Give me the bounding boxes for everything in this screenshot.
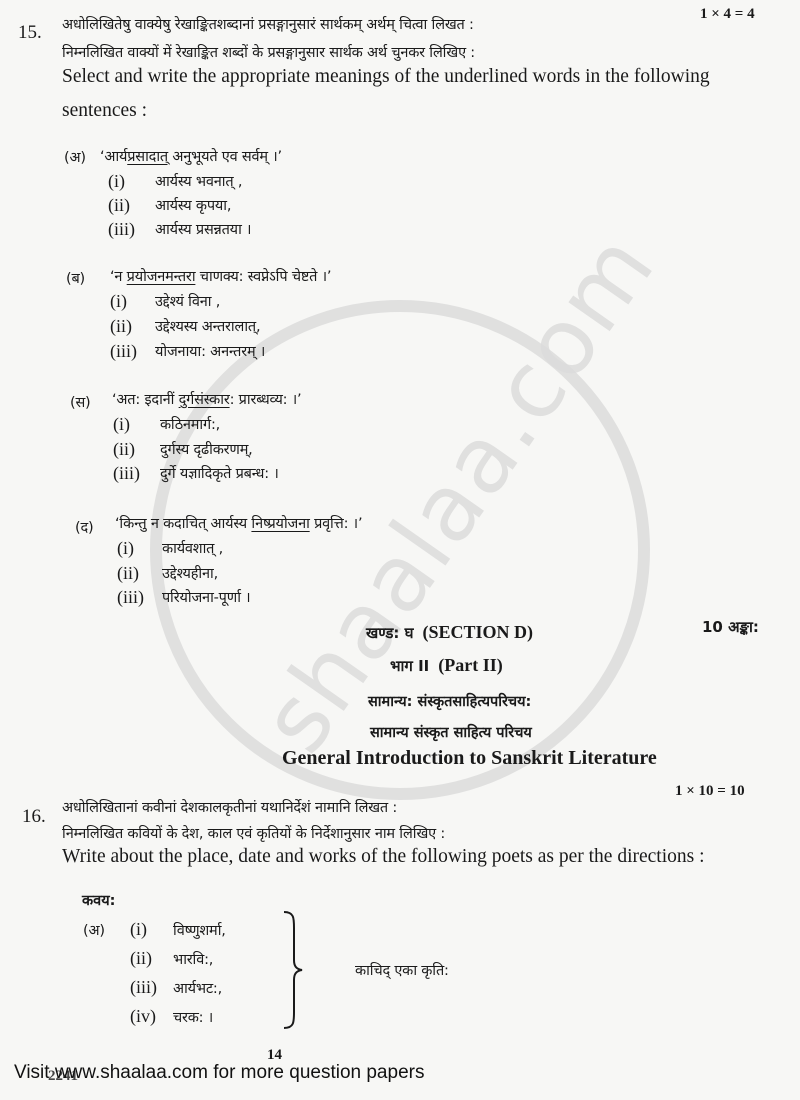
option-number: (i) — [113, 414, 130, 435]
option-text: दुर्गे यज्ञादिकृते प्रबन्ध: । — [160, 463, 279, 483]
section-d-subtitle-sanskrit: सामान्य: संस्कृतसाहित्यपरिचय: — [368, 691, 531, 711]
underlined-word: प्रसादात् — [127, 149, 168, 165]
option-text: उद्देश्यं विना , — [155, 291, 220, 311]
poet-name: चरक: । — [173, 1007, 213, 1027]
option-number: (iii) — [113, 463, 140, 484]
poet-number: (i) — [130, 919, 147, 940]
option-number: (iii) — [110, 341, 137, 362]
option-text: कठिनमार्ग:, — [160, 414, 220, 434]
option-number: (i) — [110, 291, 127, 312]
part-sentence: ‘आर्यप्रसादात् अनुभूयते एव सर्वम् ।’ — [100, 146, 282, 166]
question-15-number: 15. — [18, 22, 42, 44]
question-15-instruction-sanskrit: अधोलिखितेषु वाक्येषु रेखाङ्कितशब्दानां प… — [62, 14, 474, 34]
part-label: (द) — [75, 517, 93, 537]
question-15-instruction-english-2: sentences : — [62, 100, 147, 122]
section-d-subtitle-hindi: सामान्य संस्कृत साहित्य परिचय — [370, 722, 532, 742]
option-text: कार्यवशात् , — [162, 538, 223, 558]
option-text: योजनाया: अनन्तरम् । — [155, 341, 265, 361]
option-number: (ii) — [108, 195, 130, 216]
option-text: परियोजना-पूर्णा । — [162, 587, 250, 607]
question-16-instruction-english: Write about the place, date and works of… — [62, 846, 705, 868]
question-16-instruction-sanskrit: अधोलिखितानां कवीनां देशकालकृतीनां यथानिर… — [62, 797, 397, 817]
section-d-subtitle-english: General Introduction to Sanskrit Literat… — [282, 747, 657, 770]
option-number: (iii) — [108, 219, 135, 240]
question-16-marks: 1 × 10 = 10 — [675, 783, 745, 800]
option-number: (ii) — [113, 439, 135, 460]
promo-link[interactable]: Visit www.shaalaa.com for more question … — [14, 1062, 424, 1084]
part-label: (अ) — [64, 147, 86, 167]
option-text: उद्देश्यस्य अन्तरालात्, — [155, 316, 260, 336]
question-16-number: 16. — [22, 806, 46, 828]
section-d-part: भाग II (Part II) — [390, 655, 503, 676]
bracket-note: काचिद् एका कृति: — [355, 960, 449, 980]
part-label: (ब) — [66, 268, 85, 288]
option-text: आर्यस्य प्रसन्नतया । — [155, 219, 251, 239]
question-16-instruction-hindi: निम्नलिखित कवियों के देश, काल एवं कृतियो… — [62, 823, 445, 843]
right-brace-icon — [280, 908, 310, 1032]
question-15-instruction-hindi: निम्नलिखित वाक्यों में रेखाङ्कित शब्दों … — [62, 42, 475, 62]
poet-number: (iv) — [130, 1006, 156, 1027]
part-label: (स) — [70, 392, 91, 412]
option-number: (ii) — [110, 316, 132, 337]
option-number: (i) — [117, 538, 134, 559]
poet-number: (iii) — [130, 977, 157, 998]
question-15-instruction-english-1: Select and write the appropriate meaning… — [62, 66, 710, 88]
option-number: (i) — [108, 171, 125, 192]
option-number: (ii) — [117, 563, 139, 584]
option-text: आर्यस्य भवनात् , — [155, 171, 242, 191]
underlined-word: प्रयोजनमन्तरा — [127, 269, 196, 285]
part-sentence: ‘अत: इदानीं दुर्गसंस्कार: प्रारब्धव्य: ।… — [112, 389, 301, 409]
section-d-marks: 10 अङ्का: — [702, 616, 759, 637]
poets-group-label: (अ) — [83, 920, 105, 940]
option-text: उद्देश्यहीना, — [162, 563, 218, 583]
poets-heading: कवय: — [82, 890, 115, 910]
option-text: दुर्गस्य दृढीकरणम्, — [160, 439, 253, 459]
part-sentence: ‘न प्रयोजनमन्तरा चाणक्य: स्वप्नेऽपि चेष्… — [110, 266, 331, 286]
question-15-marks: 1 × 4 = 4 — [700, 6, 755, 23]
section-d-heading: खण्ड: घ (SECTION D) — [366, 622, 533, 643]
poet-number: (ii) — [130, 948, 152, 969]
option-number: (iii) — [117, 587, 144, 608]
underlined-word: दुर्गसंस्कार — [179, 392, 230, 408]
poet-name: भारवि:, — [173, 949, 213, 969]
underlined-word: निष्प्रयोजना — [251, 516, 309, 532]
poet-name: आर्यभट:, — [173, 978, 222, 998]
poet-name: विष्णुशर्मा, — [173, 920, 226, 940]
part-sentence: ‘किन्तु न कदाचित् आर्यस्य निष्प्रयोजना प… — [115, 513, 362, 533]
option-text: आर्यस्य कृपया, — [155, 195, 231, 215]
